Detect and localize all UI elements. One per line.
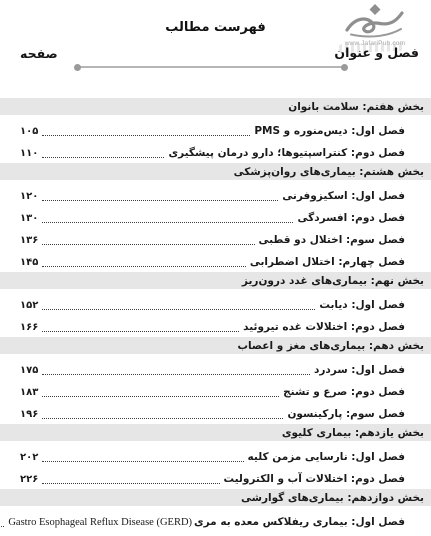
chapter-page-number: ۱۳۰: [20, 211, 38, 226]
section-title: بخش نهم: بیماری‌های غدد درون‌ریز: [242, 275, 424, 287]
chapter-title: فصل اول: دیس‌منوره و PMS: [254, 124, 405, 139]
chapter-title: فصل اول: سردرد: [314, 363, 405, 378]
dotted-leader: [42, 222, 293, 223]
toc-chapter-row: فصل اول: دیس‌منوره و PMS۱۰۵: [0, 117, 431, 139]
section-title: بخش هفتم: سلامت بانوان: [288, 101, 424, 113]
section-header-bar: بخش دهم: بیماری‌های مغز و اعصاب: [0, 337, 431, 354]
dotted-leader: [42, 483, 219, 484]
dotted-leader: [42, 157, 164, 158]
chapter-page-number: ۱۹۶: [20, 407, 38, 422]
chapter-title: فصل دوم: اختلالات آب و الکترولیت: [224, 472, 406, 487]
section-title: بخش دوازدهم: بیماری‌های گوارشی: [241, 492, 424, 504]
dotted-leader: [42, 200, 278, 201]
toc-chapter-row: فصل اول: دیابت۱۵۲: [0, 291, 431, 313]
chapter-page-number: ۱۲۰: [20, 189, 38, 204]
divider-end-dot-right: [341, 64, 348, 71]
dotted-leader: [42, 309, 315, 310]
header-divider-line: [78, 66, 344, 68]
chapter-title: فصل اول: دیابت: [319, 298, 405, 313]
chapter-title: فصل اول: اسکیزوفرنی: [282, 189, 405, 204]
toc-chapter-row: فصل اول: اسکیزوفرنی۱۲۰: [0, 182, 431, 204]
divider-end-dot-left: [74, 64, 81, 71]
section-header-bar: بخش هشتم: بیماری‌های روان‌پزشکی: [0, 163, 431, 180]
section-title: بخش دهم: بیماری‌های مغز و اعصاب: [237, 340, 424, 352]
dotted-leader: [42, 396, 279, 397]
dotted-leader: [42, 331, 239, 332]
dotted-leader: [42, 244, 254, 245]
dotted-leader: [42, 374, 310, 375]
chapter-title: فصل دوم: صرع و تشنج: [283, 385, 405, 400]
toc-chapter-row: فصل چهارم: اختلال اضطرابی۱۴۵: [0, 248, 431, 270]
chapter-title: فصل اول: نارسایی مزمن کلیه: [248, 450, 405, 465]
chapter-page-number: ۱۷۵: [20, 363, 38, 378]
toc-chapter-row: فصل دوم: اختلالات غده تیروئید۱۶۶: [0, 313, 431, 335]
toc-chapter-row: فصل دوم: کنتراسپتیوها؛ دارو درمان پیشگیر…: [0, 139, 431, 161]
toc-chapter-row: فصل دوم: صرع و تشنج۱۸۳: [0, 378, 431, 400]
toc-chapter-row: فصل اول: سردرد۱۷۵: [0, 356, 431, 378]
chapter-title: فصل دوم: افسردگی: [297, 211, 405, 226]
toc-chapter-row: فصل سوم: پارکینسون۱۹۶: [0, 400, 431, 422]
chapter-page-number: ۱۸۳: [20, 385, 38, 400]
calligraphy-logo-icon: [339, 3, 411, 39]
chapter-page-number: ۱۵۲: [20, 298, 38, 313]
chapter-title: فصل چهارم: اختلال اضطرابی: [250, 255, 405, 270]
chapter-page-number: ۱۳۶: [20, 233, 38, 248]
chapter-title: فصل دوم: کنتراسپتیوها؛ دارو درمان پیشگیر…: [168, 146, 405, 161]
chapter-page-number: ۲۰۲: [20, 450, 38, 465]
chapter-page-number: ۱۱۰: [20, 146, 38, 161]
section-header-bar: بخش نهم: بیماری‌های غدد درون‌ریز: [0, 272, 431, 289]
section-header-bar: بخش هفتم: سلامت بانوان: [0, 98, 431, 115]
column-header-chapter-title: فصل و عنوان: [334, 45, 419, 60]
chapter-title: فصل سوم: اختلال دو قطبی: [259, 233, 405, 248]
chapter-title: فصل اول: بیماری ریفلاکس معده به مری: [194, 515, 405, 530]
section-header-bar: بخش دوازدهم: بیماری‌های گوارشی: [0, 489, 431, 506]
dotted-leader: [42, 266, 246, 267]
toc-list: بخش هفتم: سلامت بانوانفصل اول: دیس‌منوره…: [0, 98, 431, 530]
publisher-logo: www.JafariPub.com: [327, 3, 423, 47]
chapter-page-number: ۱۶۶: [20, 320, 38, 335]
page-header: فهرست مطالب www.JafariPub.com فصل و عنوا…: [0, 0, 431, 96]
toc-chapter-row: فصل دوم: افسردگی۱۳۰: [0, 204, 431, 226]
dotted-leader: [42, 461, 243, 462]
chapter-page-number: ۱۴۵: [20, 255, 38, 270]
toc-chapter-row: فصل سوم: اختلال دو قطبی۱۳۶: [0, 226, 431, 248]
chapter-title: فصل سوم: پارکینسون: [287, 407, 405, 422]
chapter-title-english: Gastro Esophageal Reflux Disease (GERD): [8, 515, 192, 530]
dotted-leader: [42, 418, 283, 419]
chapter-page-number: ۲۲۶: [20, 472, 38, 487]
column-header-page: صفحه: [20, 46, 58, 61]
dotted-leader: [42, 135, 250, 136]
toc-page: { "header": { "page_title": "فهرست مطالب…: [0, 0, 431, 536]
toc-chapter-row: فصل دوم: اختلالات آب و الکترولیت۲۲۶: [0, 465, 431, 487]
toc-chapter-row: فصل اول: بیماری ریفلاکس معده به مریGastr…: [0, 508, 431, 530]
chapter-page-number: ۱۰۵: [20, 124, 38, 139]
section-header-bar: بخش یازدهم: بیماری کلیوی: [0, 424, 431, 441]
dotted-leader: [0, 526, 4, 527]
chapter-title: فصل دوم: اختلالات غده تیروئید: [243, 320, 405, 335]
toc-chapter-row: فصل اول: نارسایی مزمن کلیه۲۰۲: [0, 443, 431, 465]
section-title: بخش هشتم: بیماری‌های روان‌پزشکی: [234, 166, 424, 178]
section-title: بخش یازدهم: بیماری کلیوی: [282, 427, 424, 439]
